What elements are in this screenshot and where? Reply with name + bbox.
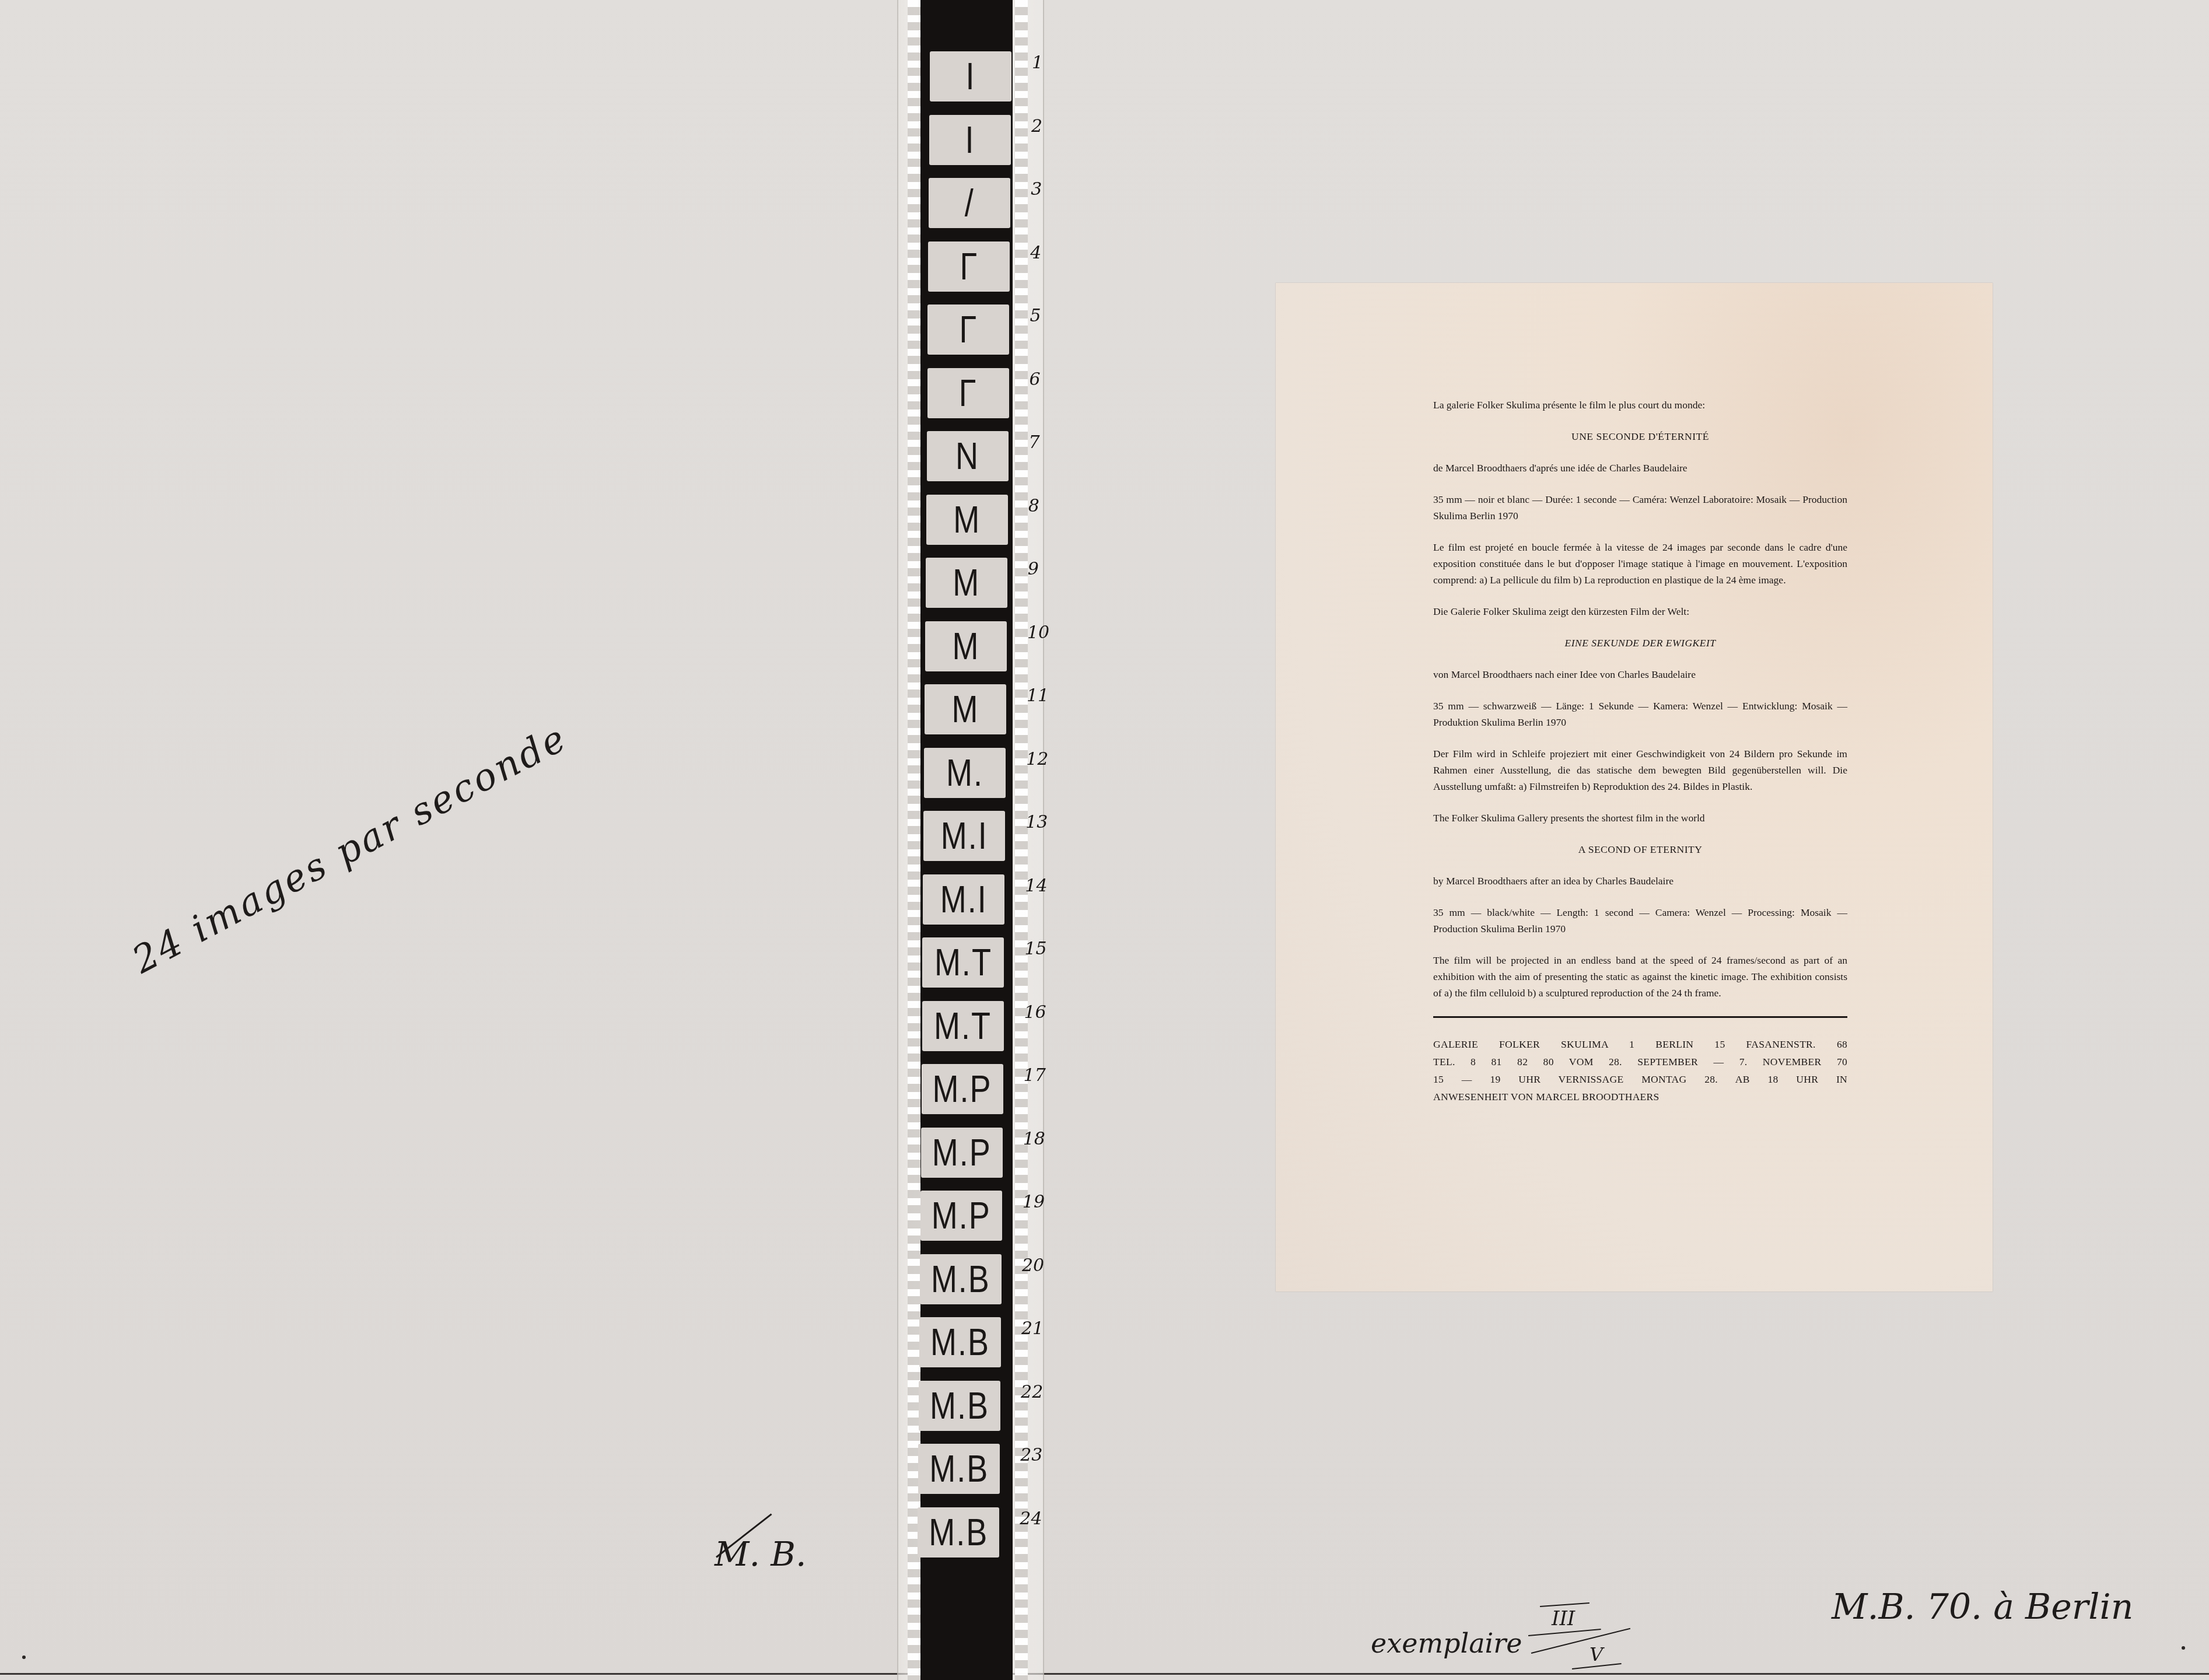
frame-number: 2 [1031, 116, 1042, 136]
gallery-info: GALERIE FOLKER SKULIMA 1 BERLIN 15 FASAN… [1433, 1035, 1847, 1105]
frame-letter-mark: M [952, 624, 979, 667]
frame-letter-mark: M [953, 498, 981, 541]
frame-number: 9 [1028, 559, 1039, 579]
handwritten-initials: M. B. [715, 1534, 806, 1574]
film-frame: M.P18 [921, 1128, 1003, 1178]
frame-number: 13 [1025, 812, 1048, 832]
de-byline: von Marcel Broodthaers nach einer Idee v… [1433, 666, 1847, 682]
film-frame: M.B24 [918, 1507, 999, 1557]
frame-number: 7 [1029, 432, 1040, 453]
frame-number: 15 [1024, 939, 1046, 959]
edition-numerator: III [1552, 1607, 1575, 1630]
frame-letter-mark: I [965, 55, 975, 98]
frame-letter-mark: M.P [932, 1194, 991, 1237]
frame-number: 16 [1024, 1002, 1046, 1023]
gallery-info-line: GALERIE FOLKER SKULIMA 1 BERLIN 15 FASAN… [1433, 1035, 1847, 1053]
film-frame: I2 [929, 115, 1011, 165]
frame-number: 18 [1023, 1129, 1045, 1149]
frame-letter-mark: M.I [941, 814, 988, 857]
frame-letter-mark: M [952, 688, 979, 731]
film-frame: I1 [930, 51, 1011, 101]
film-frame: M.T15 [922, 937, 1004, 988]
frame-letter-mark: M.B [931, 1257, 990, 1300]
film-frame: M9 [926, 558, 1007, 608]
handwritten-exemplaire: exemplaire [1371, 1627, 1522, 1659]
frame-number: 11 [1027, 685, 1049, 706]
film-frame: M8 [926, 495, 1008, 545]
en-body: The film will be projected in an endless… [1433, 952, 1847, 1001]
frame-number: 22 [1021, 1382, 1043, 1402]
frame-letter-mark: M.P [933, 1067, 992, 1111]
fr-body: Le film est projeté en boucle fermée à l… [1433, 539, 1847, 588]
frame-number: 5 [1030, 306, 1041, 326]
frame-letter-mark: Γ [960, 244, 978, 288]
frame-number: 3 [1031, 179, 1042, 199]
edition-number: III V [1528, 1607, 1645, 1671]
frame-letter-mark: M [953, 561, 980, 604]
frame-number: 6 [1030, 369, 1041, 390]
film-frame: Γ6 [927, 368, 1009, 418]
film-frame: M.12 [924, 748, 1006, 798]
gallery-info-line: TEL. 8 81 82 80 VOM 28. SEPTEMBER — 7. N… [1433, 1053, 1847, 1070]
artist-signature: M.B. 70. à Berlin [1832, 1587, 2133, 1627]
film-frame: M.T16 [922, 1001, 1004, 1051]
frame-letter-mark: M. [946, 751, 983, 794]
frame-number: 24 [1020, 1508, 1042, 1529]
frame-number: 4 [1030, 243, 1041, 263]
film-frame: M.B21 [919, 1317, 1001, 1367]
corner-mark [2182, 1646, 2185, 1650]
fr-title: UNE SECONDE D'ÉTERNITÉ [1433, 428, 1847, 444]
de-intro: Die Galerie Folker Skulima zeigt den kür… [1433, 603, 1847, 619]
frame-letter-mark: Γ [959, 371, 978, 414]
frame-number: 8 [1028, 496, 1039, 516]
film-frame: Γ4 [928, 242, 1010, 292]
frame-number: 14 [1025, 876, 1047, 896]
film-frame: M.B23 [918, 1444, 1000, 1494]
frame-number: 20 [1022, 1255, 1044, 1276]
announcement-text: La galerie Folker Skulima présente le fi… [1433, 397, 1847, 1105]
frame-number: 19 [1023, 1192, 1045, 1212]
film-frame: /3 [929, 178, 1010, 228]
gallery-info-line: 15 — 19 UHR VERNISSAGE MONTAG 28. AB 18 … [1433, 1070, 1847, 1088]
frame-number: 10 [1027, 622, 1049, 643]
frame-letter-mark: M.I [940, 877, 988, 921]
frame-letter-mark: M.T [934, 1004, 992, 1047]
frame-number: 21 [1021, 1318, 1044, 1339]
film-frame: M.B22 [919, 1381, 1000, 1431]
frame-letter-mark: / [965, 181, 975, 225]
en-intro: The Folker Skulima Gallery presents the … [1433, 810, 1847, 826]
exhibition-announcement-sheet: La galerie Folker Skulima présente le fi… [1276, 283, 1993, 1291]
de-title: EINE SEKUNDE DER EWIGKEIT [1433, 635, 1847, 651]
fr-byline: de Marcel Broodthaers d'aprés une idée d… [1433, 460, 1847, 476]
frame-letter-mark: M.B [930, 1384, 989, 1427]
film-frame: M10 [925, 621, 1007, 671]
en-title: A SECOND OF ETERNITY [1433, 841, 1847, 857]
film-frame: M11 [925, 684, 1006, 734]
film-frame: N7 [927, 431, 1009, 481]
film-frame: M.P19 [920, 1191, 1002, 1241]
gallery-info-line: ANWESENHEIT VON MARCEL BROODTHAERS [1433, 1088, 1847, 1105]
frame-letter-mark: M.B [930, 1321, 990, 1364]
frame-number: 17 [1024, 1065, 1046, 1086]
frame-letter-mark: M.T [934, 941, 992, 984]
edition-slash-stroke [1531, 1628, 1630, 1654]
film-perforations-right [1015, 0, 1028, 1680]
horizontal-rule [1433, 1016, 1847, 1018]
film-frame: M.I14 [923, 874, 1004, 925]
frame-letter-mark: N [955, 435, 979, 478]
fr-specs: 35 mm — noir et blanc — Durée: 1 seconde… [1433, 491, 1847, 524]
de-specs: 35 mm — schwarzweiß — Länge: 1 Sekunde —… [1433, 698, 1847, 730]
en-byline: by Marcel Broodthaers after an idea by C… [1433, 873, 1847, 889]
corner-mark [22, 1655, 26, 1659]
frame-letter-mark: Γ [960, 308, 978, 351]
film-frame: M.I13 [923, 811, 1005, 861]
frame-letter-mark: I [965, 118, 975, 161]
frame-letter-mark: M.B [929, 1447, 989, 1490]
frame-number: 1 [1032, 52, 1043, 73]
frame-number: 12 [1026, 749, 1048, 769]
frame-number: 23 [1020, 1445, 1042, 1465]
de-body: Der Film wird in Schleife projeziert mit… [1433, 745, 1847, 794]
frame-letter-mark: M.P [932, 1130, 992, 1174]
edition-denominator: V [1590, 1643, 1603, 1665]
film-frame: Γ5 [927, 304, 1009, 355]
fr-intro: La galerie Folker Skulima présente le fi… [1433, 397, 1847, 413]
film-frame: M.B20 [920, 1254, 1002, 1304]
film-frame: M.P17 [922, 1064, 1003, 1114]
frame-letter-mark: M.B [929, 1510, 988, 1553]
en-specs: 35 mm — black/white — Length: 1 second —… [1433, 904, 1847, 937]
film-strip: I1I2/3Γ4Γ5Γ6N7M8M9M10M11M.12M.I13M.I14M.… [897, 0, 1042, 1680]
